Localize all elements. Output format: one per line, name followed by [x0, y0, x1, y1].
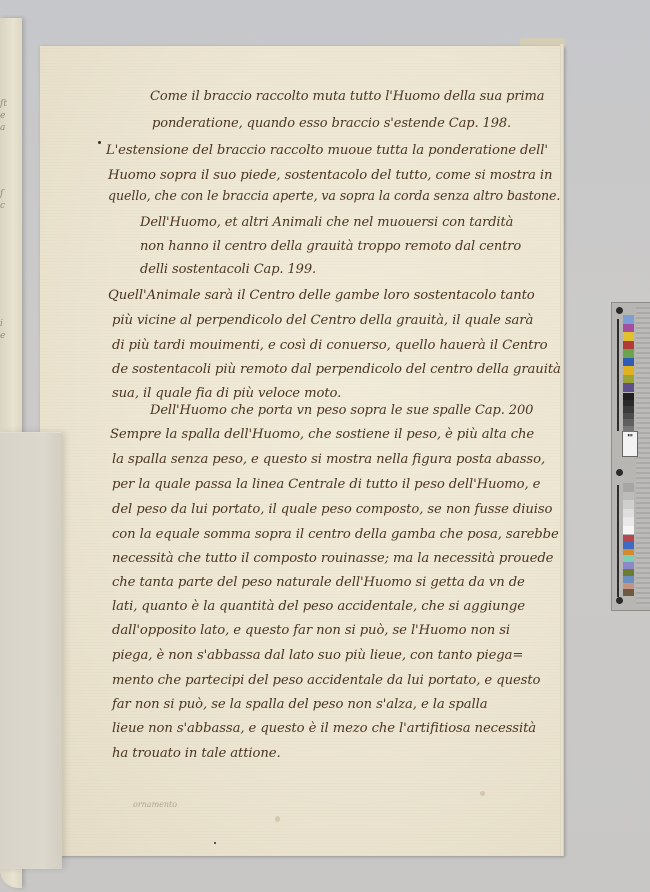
chapter-199-heading-line: delli sostentacoli Cap. 199. [140, 262, 316, 277]
manuscript-text: Come il braccio raccolto muta tutto l'Hu… [0, 0, 650, 892]
strip-hole-icon [616, 469, 623, 476]
chapter-200-text-line: con la equale somma sopra il centro dell… [112, 527, 559, 542]
chapter-200-text-line: mento che partecipi del peso accidentale… [112, 673, 540, 688]
color-patch [623, 383, 634, 392]
chapter-198-text-line: L'estensione del braccio raccolto muoue … [106, 143, 548, 158]
chapter-200-text-line: ha trouato in tale attione. [112, 746, 281, 761]
chapter-198-text-line: Huomo sopra il suo piede, sostentacolo d… [108, 168, 552, 183]
color-patch [623, 500, 634, 509]
chapter-199-text-line: più vicine al perpendicolo del Centro de… [112, 313, 533, 328]
color-patch [623, 483, 634, 492]
color-patch [623, 426, 634, 433]
chapter-199-heading-line: Dell'Huomo, et altri Animali che nel muo… [140, 215, 513, 230]
chapter-200-text-line: del peso da lui portato, il quale peso c… [112, 502, 552, 517]
chapter-200-text-line: per la quale passa la linea Centrale di … [112, 477, 540, 492]
color-patch [623, 569, 634, 576]
color-patch [623, 358, 634, 367]
color-patch [623, 583, 634, 590]
strip-labels [636, 307, 650, 606]
chapter-199-text-line: di più tardi mouimenti, e così di conuer… [112, 338, 547, 353]
strip-rule [617, 485, 619, 597]
chapter-199-heading-line: non hanno il centro della grauità troppo… [140, 239, 521, 254]
color-patch [623, 555, 634, 562]
color-patch [623, 315, 634, 324]
chapter-200-text-line: la spalla senza peso, e questo si mostra… [112, 452, 545, 467]
chapter-199-text-line: sua, il quale fia di più veloce moto. [112, 386, 341, 401]
color-patch [623, 517, 634, 526]
color-patch [623, 324, 634, 333]
color-calibration-strip: ▮▮▮ [611, 302, 650, 611]
color-patch [623, 492, 634, 501]
strip-hole-icon [616, 597, 623, 604]
color-patch [623, 549, 634, 556]
color-patch [623, 542, 634, 549]
color-patch [623, 366, 634, 375]
strip-logo: ▮▮▮ [622, 431, 638, 457]
faint-marginal-note: ornamento [133, 800, 177, 809]
color-patch [623, 576, 634, 583]
loose-paper-slip [0, 432, 62, 869]
chapter-200-text-line: che tanta parte del peso naturale dell'H… [112, 575, 525, 590]
chapter-199-text-line: Quell'Animale sarà il Centro delle gambe… [108, 288, 535, 303]
chapter-200-heading: Dell'Huomo che porta vn peso sopra le su… [150, 403, 533, 418]
chapter-200-text-line: lieue non s'abbassa, e questo è il mezo … [112, 721, 536, 736]
chapter-198-text-line: quello, che con le braccia aperte, va so… [108, 188, 560, 203]
chapter-200-text-line: piega, è non s'abbassa dal lato suo più … [112, 648, 523, 663]
color-patch [623, 341, 634, 350]
strip-hole-icon [616, 307, 623, 314]
chapter-200-text-line: Sempre la spalla dell'Huomo, che sostien… [110, 427, 534, 442]
strip-rule [617, 319, 619, 431]
color-patch [623, 349, 634, 358]
color-patch [623, 375, 634, 384]
color-patch [623, 526, 634, 535]
chapter-200-text-line: far non si può, se la spalla del peso no… [112, 697, 488, 712]
color-patch [623, 332, 634, 341]
color-patch [623, 535, 634, 542]
chapter-199-text-line: de sostentacoli più remoto dal perpendic… [112, 362, 561, 377]
chapter-198-heading-line: ponderatione, quando esso braccio s'este… [152, 116, 511, 131]
chapter-200-text-line: necessità che tutto il composto rouinass… [112, 551, 553, 566]
color-patch [623, 509, 634, 518]
color-patch [623, 589, 634, 596]
chapter-200-text-line: lati, quanto è la quantità del peso acci… [112, 599, 525, 614]
chapter-198-heading-line: Come il braccio raccolto muta tutto l'Hu… [150, 89, 544, 104]
color-patch [623, 562, 634, 569]
chapter-200-text-line: dall'opposito lato, e questo far non si … [112, 623, 510, 638]
